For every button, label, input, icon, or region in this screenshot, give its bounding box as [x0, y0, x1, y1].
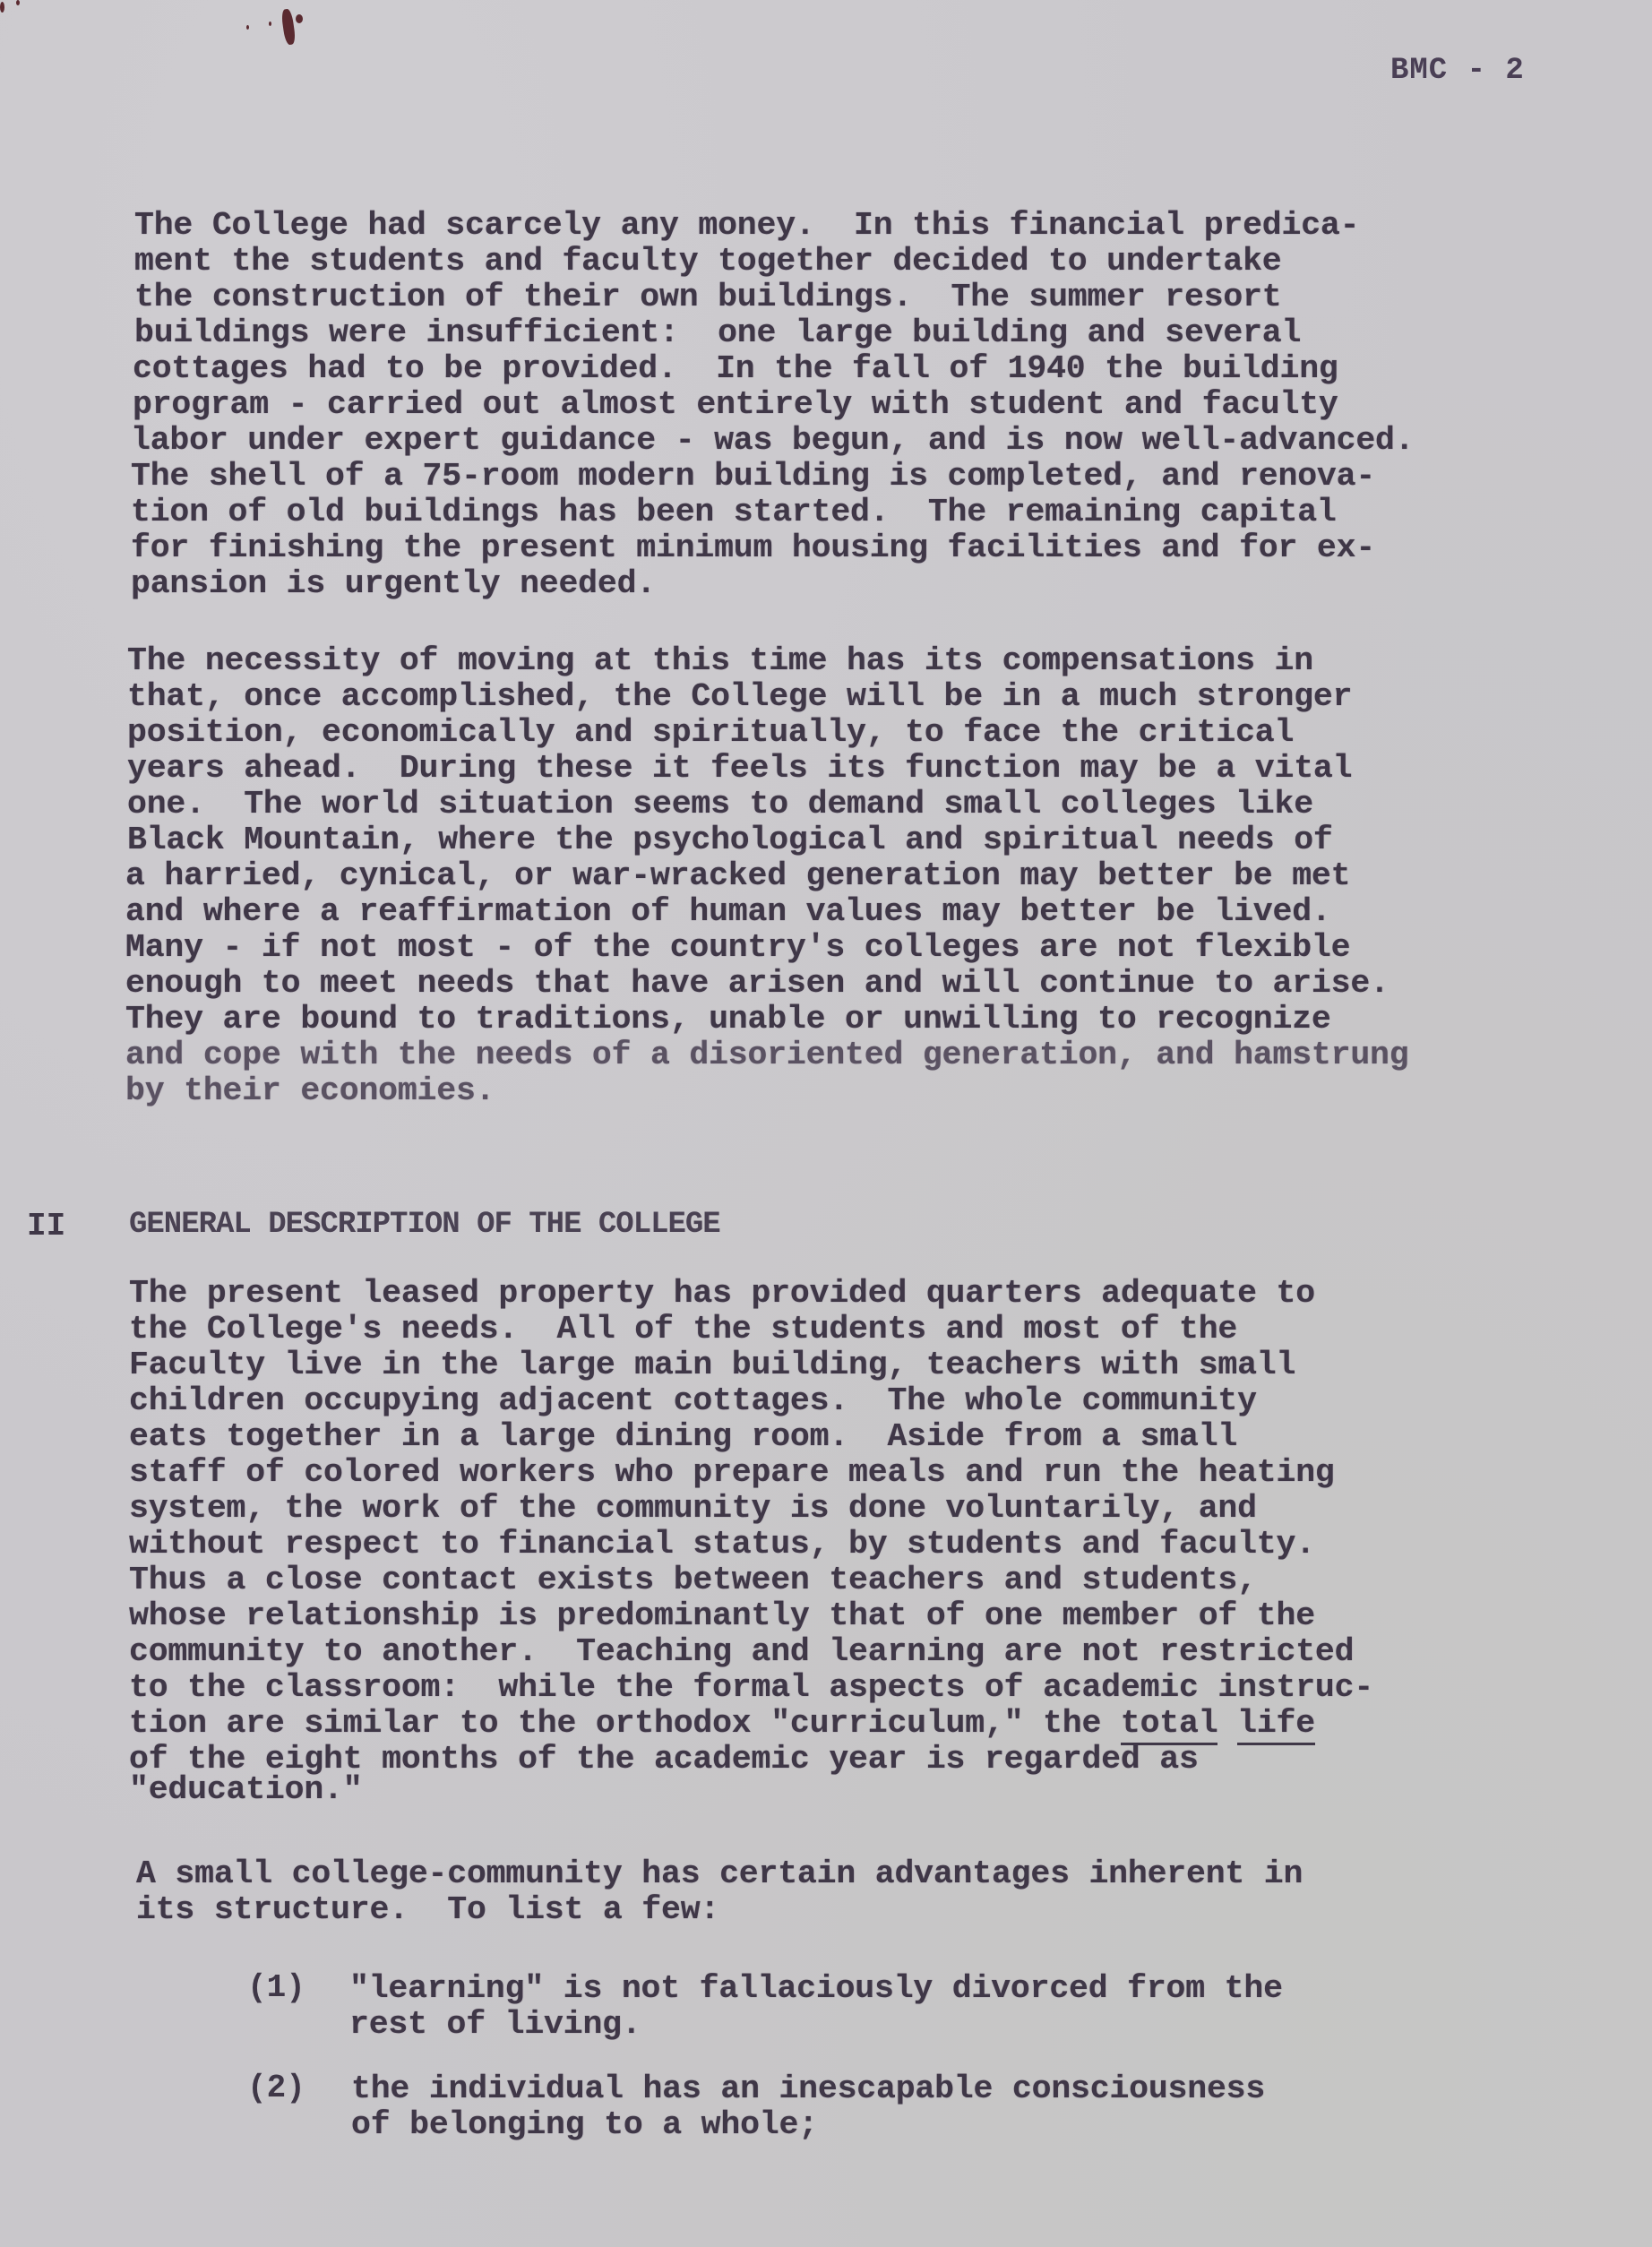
ink-blot	[280, 8, 296, 45]
text-line: buildings were insufficient: one large b…	[134, 315, 1301, 351]
text-line: The present leased property has provided…	[129, 1276, 1315, 1312]
text-line: The necessity of moving at this time has…	[127, 643, 1313, 679]
list-item-text: rest of living.	[349, 2007, 641, 2043]
text-line: Thus a close contact exists between teac…	[129, 1563, 1257, 1598]
typewritten-page: BMC - 2 The College had scarcely any mon…	[0, 0, 1652, 2247]
text-line: by their economies.	[125, 1073, 495, 1109]
text-line: that, once accomplished, the College wil…	[127, 679, 1352, 715]
text-line: pansion is urgently needed.	[131, 566, 656, 602]
text-line: for finishing the present minimum housin…	[131, 530, 1375, 566]
text-line: "education."	[129, 1772, 362, 1808]
text-line: without respect to financial status, by …	[129, 1527, 1315, 1563]
text-line: A small college-community has certain ad…	[136, 1856, 1303, 1892]
text-line: eats together in a large dining room. As…	[129, 1419, 1237, 1455]
text-line: Many - if not most - of the country's co…	[125, 930, 1350, 966]
text-line: the College's needs. All of the students…	[129, 1312, 1237, 1347]
ink-blot	[0, 2, 4, 13]
underlined-word-life: life	[1237, 1705, 1315, 1745]
text-line: enough to meet needs that have arisen an…	[125, 966, 1390, 1002]
text-line: Black Mountain, where the psychological …	[127, 822, 1333, 858]
text-line: The shell of a 75-room modern building i…	[131, 459, 1375, 495]
text-line: They are bound to traditions, unable or …	[125, 1002, 1331, 1037]
text-line: children occupying adjacent cottages. Th…	[129, 1383, 1257, 1419]
text-line: one. The world situation seems to demand…	[127, 787, 1313, 822]
text-line: ment the students and faculty together d…	[134, 244, 1282, 280]
text-line: to the classroom: while the formal aspec…	[129, 1670, 1373, 1706]
text-line: The College had scarcely any money. In t…	[134, 208, 1359, 244]
text-segment: tion are similar to the orthodox "curric…	[129, 1705, 1121, 1742]
list-item-number: (2)	[247, 2070, 305, 2106]
text-line-with-emphasis: tion are similar to the orthodox "curric…	[129, 1706, 1315, 1742]
text-line: and cope with the needs of a disoriented…	[125, 1037, 1408, 1073]
list-item-text: the individual has an inescapable consci…	[351, 2071, 1265, 2107]
text-line: and where a reaffirmation of human value…	[125, 894, 1331, 930]
text-line: tion of old buildings has been started. …	[131, 495, 1337, 530]
section-title: GENERAL DESCRIPTION OF THE COLLEGE	[129, 1208, 720, 1242]
text-line: labor under expert guidance - was begun,…	[131, 423, 1414, 459]
page-identifier: BMC - 2	[1390, 54, 1525, 88]
text-line: cottages had to be provided. In the fall…	[133, 351, 1338, 387]
text-line: whose relationship is predominantly that…	[129, 1598, 1315, 1634]
text-line: years ahead. During these it feels its f…	[127, 751, 1352, 787]
list-item-number: (1)	[247, 1969, 305, 2006]
text-line: position, economically and spiritually, …	[127, 715, 1294, 751]
list-item-text: "learning" is not fallaciously divorced …	[349, 1971, 1283, 2007]
text-line: the construction of their own buildings.…	[134, 280, 1282, 315]
text-line: system, the work of the community is don…	[129, 1491, 1257, 1527]
section-number: II	[27, 1208, 65, 1244]
ink-blot	[16, 0, 20, 5]
ink-blot	[269, 22, 271, 26]
text-line: a harried, cynical, or war-wracked gener…	[125, 858, 1350, 894]
ink-blot	[296, 14, 303, 23]
text-line: staff of colored workers who prepare mea…	[129, 1455, 1335, 1491]
text-line: community to another. Teaching and learn…	[129, 1634, 1354, 1670]
text-line: Faculty live in the large main building,…	[129, 1347, 1295, 1383]
underlined-word-total: total	[1121, 1705, 1218, 1745]
text-line: program - carried out almost entirely wi…	[133, 387, 1338, 423]
text-line: its structure. To list a few:	[136, 1892, 719, 1928]
list-item-text: of belonging to a whole;	[351, 2107, 818, 2143]
ink-blot	[246, 25, 249, 30]
